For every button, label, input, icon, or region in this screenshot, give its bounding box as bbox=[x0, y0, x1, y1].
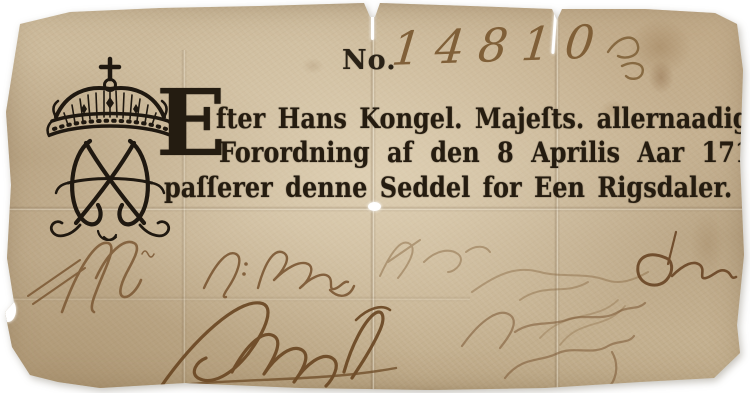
orb-icon bbox=[105, 80, 116, 91]
banknote-paper: No. 14810 E fter Hans Kongel. Majeſts. a… bbox=[0, 0, 750, 393]
monogram-crossbar-curls bbox=[56, 183, 164, 193]
signature-2-beek bbox=[204, 252, 354, 297]
serial-number-handwritten: 14810 bbox=[389, 14, 611, 76]
crown-band-bottom bbox=[50, 126, 170, 135]
monogram-bottom-scroll-right bbox=[140, 222, 169, 236]
signature-3-faint bbox=[380, 240, 490, 278]
banknote-shadow-wrapper: No. 14810 E fter Hans Kongel. Majeſts. a… bbox=[0, 0, 750, 393]
cross-icon bbox=[101, 59, 119, 79]
crown-arches bbox=[56, 88, 164, 117]
decree-line-3: paſſerer denne Seddel for Een Rigsdaler. bbox=[164, 170, 732, 204]
tear-line-top-center bbox=[371, 10, 374, 40]
monogram-bottom-scroll-left bbox=[51, 222, 80, 236]
serial-label: No. bbox=[342, 45, 397, 76]
decree-line-1: fter Hans Kongel. Majeſts. allernaadigſt… bbox=[216, 101, 750, 135]
paper-stain bbox=[648, 60, 674, 94]
monogram-crossbar bbox=[68, 179, 152, 184]
tear-hole-left-edge bbox=[0, 298, 16, 322]
paper-stain bbox=[690, 210, 724, 280]
fold-crease-horizontal-lower bbox=[0, 296, 470, 302]
decree-line-2: Forordning af den 8 Aprilis Aar 1713. bbox=[219, 135, 750, 169]
crown-jewel-fleurs bbox=[81, 97, 139, 114]
crown-side-volutes bbox=[53, 101, 166, 117]
crown-band-curls bbox=[48, 121, 173, 136]
monogram-bottom-curl-center bbox=[98, 231, 116, 240]
crown-band-beads bbox=[54, 121, 166, 129]
photo-background: No. 14810 E fter Hans Kongel. Majeſts. a… bbox=[0, 0, 750, 393]
crown-band-top bbox=[52, 114, 168, 122]
paper-stain bbox=[302, 58, 324, 74]
signature-4-faint-flourish bbox=[472, 270, 648, 345]
crown-fringe bbox=[64, 91, 156, 125]
